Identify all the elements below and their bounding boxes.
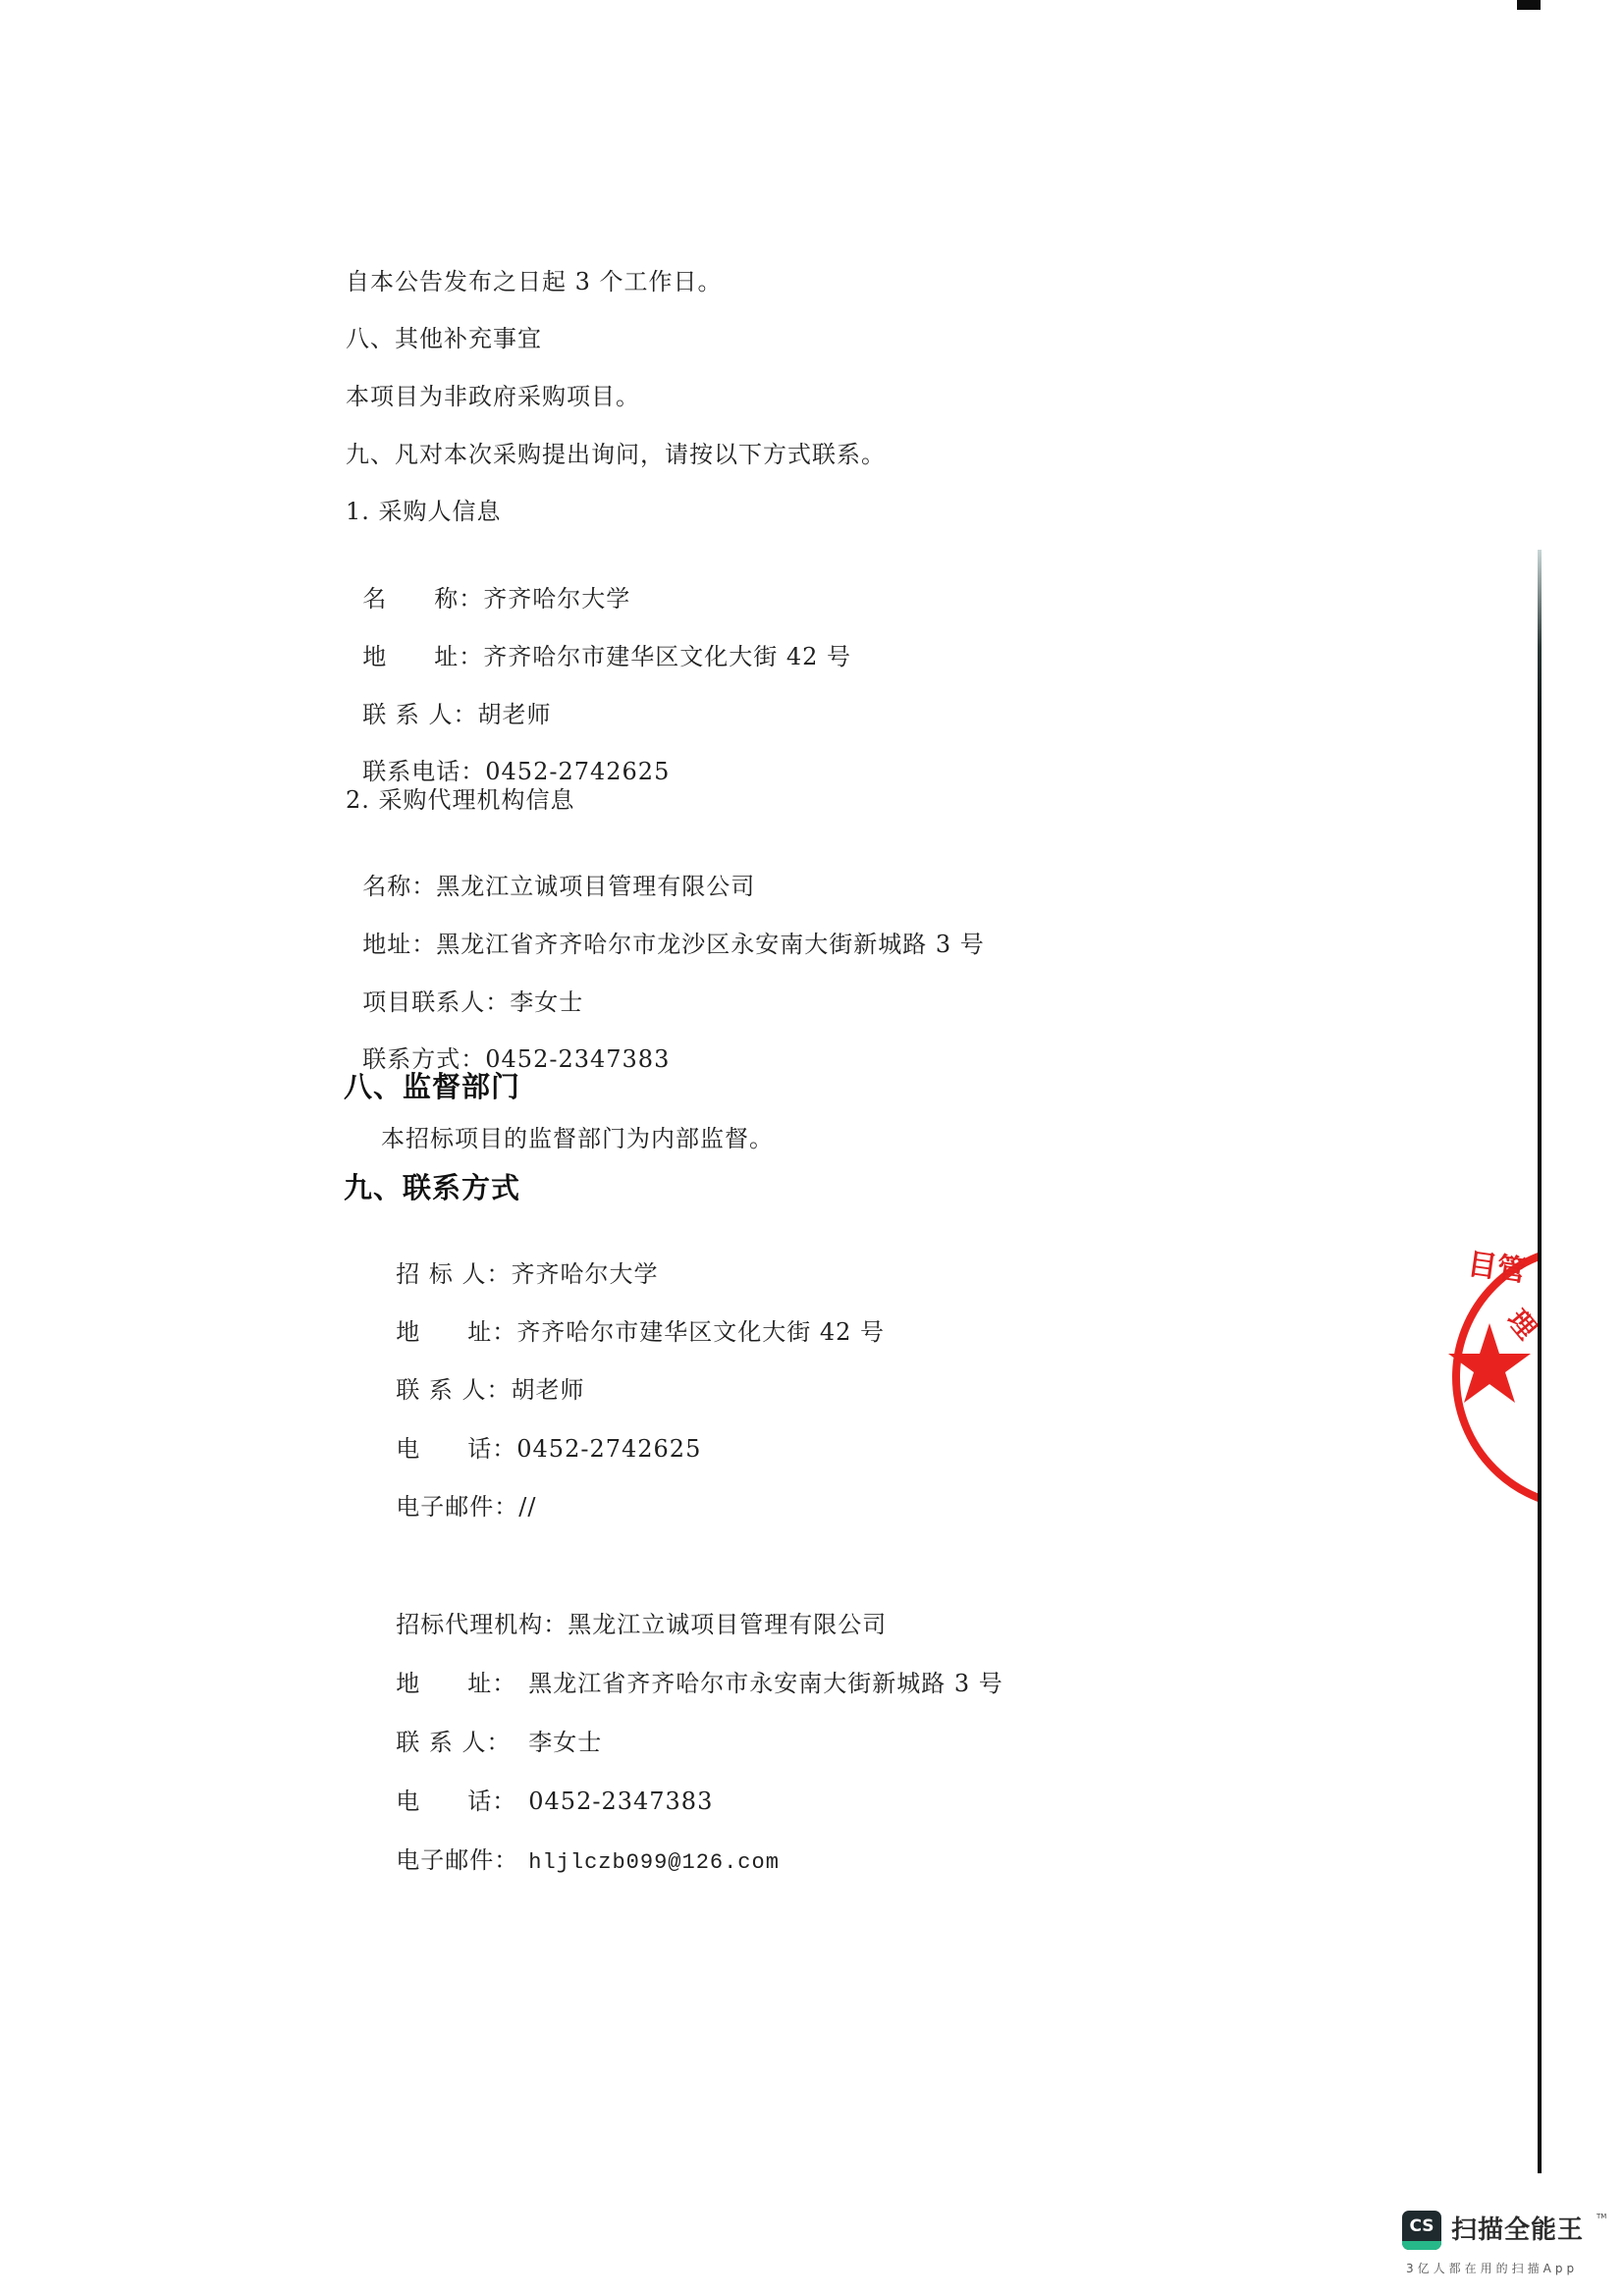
agency-contact: 李女士 [510,988,583,1016]
tender-agency-email-label: 电子邮件： [396,1845,528,1875]
tenderer-name-row: 招 标 人：齐齐哈尔大学 [379,1230,659,1289]
purchaser-phone-row: 联系电话：0452-2742625 [346,727,670,786]
purchaser-phone-label: 联系电话： [362,758,485,785]
purchaser-phone: 0452-2742625 [485,758,670,785]
agency-address: 黑龙江省齐齐哈尔市龙沙区永安南大街新城路 3 号 [436,931,985,958]
tenderer-address-label-b: 址： [467,1318,516,1346]
purchaser-address: 齐齐哈尔市建华区文化大街 42 号 [483,643,851,670]
watermark-subtitle: 3亿人都在用的扫描App [1406,2262,1578,2275]
tenderer-contact: 胡老师 [512,1376,585,1404]
supervision-heading: 八、监督部门 [344,1070,520,1103]
agency-contact-row: 项目联系人：李女士 [346,958,583,1017]
tenderer-contact-row: 联 系 人：胡老师 [379,1346,585,1405]
tender-agency-email-row: 电子邮件：hljlczb099@126.com [379,1816,780,1878]
logo-text: CS [1402,2216,1441,2237]
supervision-body: 本招标项目的监督部门为内部监督。 [381,1124,774,1153]
tenderer-address: 齐齐哈尔市建华区文化大街 42 号 [516,1318,885,1346]
tenderer-phone: 0452-2742625 [516,1435,701,1463]
tenderer-phone-label-a: 电 [396,1434,467,1464]
tender-agency-address-label-a: 地 [396,1669,467,1698]
tenderer-name-label: 招 标 人： [396,1260,511,1288]
agency-address-row: 地址：黑龙江省齐齐哈尔市龙沙区永安南大街新城路 3 号 [346,900,985,959]
trademark-mark: TM [1597,2213,1606,2220]
tender-agency-address-row: 地址：黑龙江省齐齐哈尔市永安南大街新城路 3 号 [379,1639,1003,1698]
tender-agency-phone-row: 电话：0452-2347383 [379,1757,713,1816]
tenderer-email-label: 电子邮件： [396,1493,518,1521]
tender-agency-name-row: 招标代理机构：黑龙江立诚项目管理有限公司 [379,1580,887,1639]
purchaser-address-row: 地址：齐齐哈尔市建华区文化大街 42 号 [346,613,851,671]
tenderer-address-row: 地址：齐齐哈尔市建华区文化大街 42 号 [379,1288,885,1347]
tenderer-address-label-a: 地 [396,1317,467,1347]
tenderer-email: // [518,1493,536,1521]
tenderer-email-row: 电子邮件：// [379,1463,536,1522]
tender-agency-contact-label: 联 系 人： [396,1728,528,1757]
tender-agency-phone: 0452-2347383 [528,1788,713,1815]
non-government-note: 本项目为非政府采购项目。 [346,382,640,411]
agency-name-label: 名称： [362,873,436,900]
tender-agency-phone-label-a: 电 [396,1787,467,1816]
watermark-title: 扫描全能王 [1451,2215,1584,2246]
tender-agency-phone-label-b: 话： [467,1787,528,1816]
agency-info-heading: 2. 采购代理机构信息 [346,785,575,815]
purchaser-address-label-a: 地 [362,642,434,671]
agency-phone: 0452-2347383 [485,1045,670,1073]
agency-name: 黑龙江立诚项目管理有限公司 [436,873,755,900]
svg-text:目管: 目管 [1465,1247,1528,1289]
purchaser-contact: 胡老师 [478,701,552,728]
tender-agency-contact: 李女士 [528,1729,602,1756]
purchaser-contact-label: 联 系 人： [362,701,477,728]
tender-agency-email: hljlczb099@126.com [528,1850,780,1875]
agency-contact-label: 项目联系人： [362,988,510,1016]
purchaser-info-heading: 1. 采购人信息 [346,497,502,526]
seal-icon: 目管 理 [1429,1225,1539,1529]
tenderer-phone-label-b: 话： [467,1435,516,1463]
agency-address-label: 地址： [362,931,436,958]
scan-edge-mark [1517,0,1541,10]
tender-agency-address-label-b: 址： [467,1669,528,1698]
tender-agency-name-label: 招标代理机构： [396,1611,568,1638]
camscanner-logo-icon: CS [1402,2211,1441,2250]
logo-accent-bar [1402,2241,1441,2250]
tenderer-contact-label: 联 系 人： [396,1376,511,1404]
tender-agency-name: 黑龙江立诚项目管理有限公司 [568,1611,887,1638]
tender-agency-address: 黑龙江省齐齐哈尔市永安南大街新城路 3 号 [528,1670,1003,1697]
official-seal: 目管 理 [1429,1225,1624,1529]
svg-text:理: 理 [1501,1304,1539,1346]
purchaser-name-label-a: 名 [362,584,434,614]
purchaser-name-row: 名称：齐齐哈尔大学 [346,555,630,614]
page-edge-line [1538,550,1542,2173]
agency-name-row: 名称：黑龙江立诚项目管理有限公司 [346,842,755,901]
inquiry-heading: 九、凡对本次采购提出询问，请按以下方式联系。 [346,440,886,469]
contact-heading: 九、联系方式 [344,1171,520,1204]
purchaser-name: 齐齐哈尔大学 [483,585,630,613]
validity-text: 自本公告发布之日起 3 个工作日。 [346,267,723,296]
other-matters-heading: 八、其他补充事宜 [346,324,542,353]
tenderer-phone-row: 电话：0452-2742625 [379,1405,701,1464]
camscanner-watermark: CS 扫描全能王 TM 3亿人都在用的扫描App [1402,2211,1608,2279]
tender-agency-contact-row: 联 系 人：李女士 [379,1698,602,1757]
agency-phone-label: 联系方式： [362,1045,485,1073]
purchaser-contact-row: 联 系 人：胡老师 [346,670,552,729]
agency-phone-row: 联系方式：0452-2347383 [346,1015,670,1074]
purchaser-address-label-b: 址： [434,643,483,670]
purchaser-name-label-b: 称： [434,585,483,613]
tenderer-name: 齐齐哈尔大学 [512,1260,659,1288]
